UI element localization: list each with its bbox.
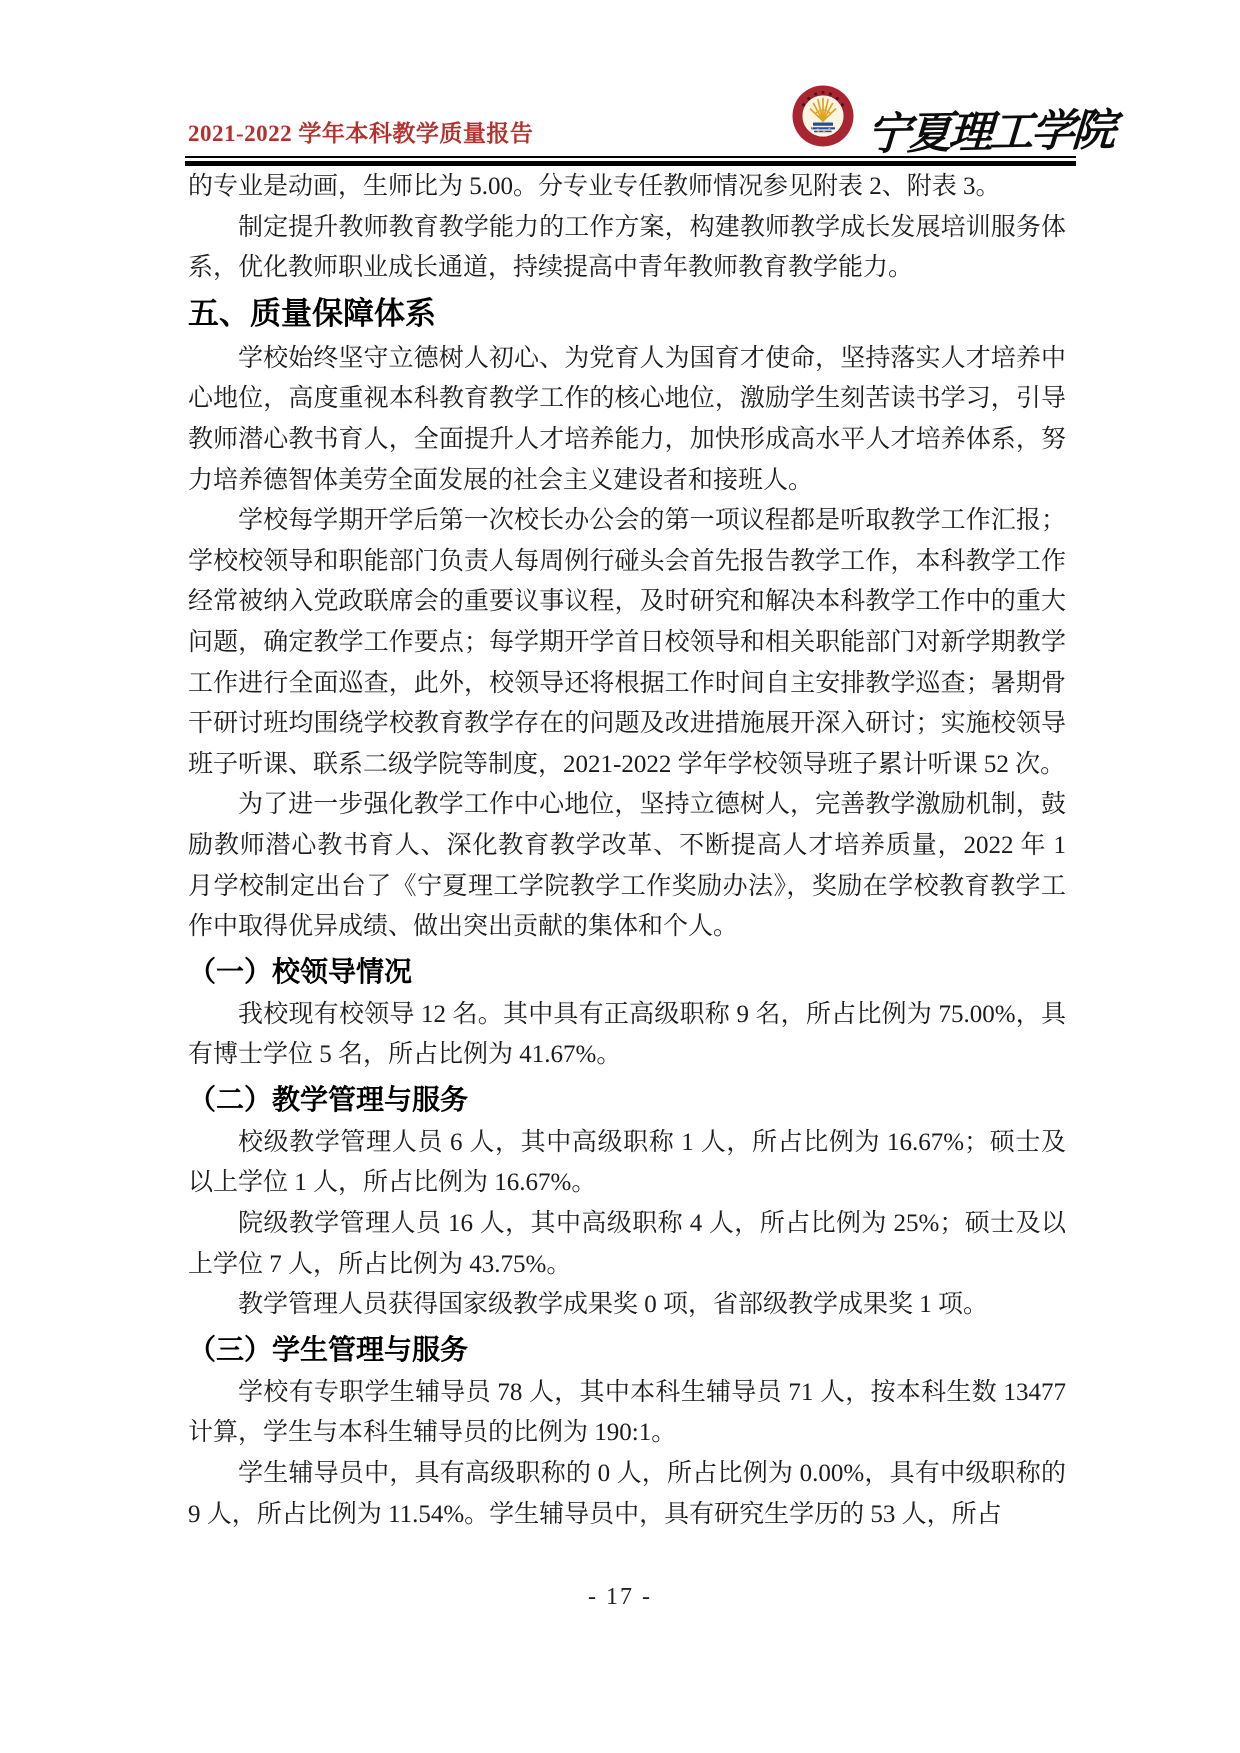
body-paragraph: 学生辅导员中，具有高级职称的 0 人，所占比例为 0.00%，具有中级职称的 9…: [188, 1454, 1066, 1535]
document-page: 2021-2022 学年本科教学质量报告: [0, 0, 1240, 1753]
school-seal-icon: 1985: [791, 84, 855, 148]
report-title: 2021-2022 学年本科教学质量报告: [188, 121, 533, 146]
subsection-heading: （一）校领导情况: [188, 949, 1066, 994]
body-paragraph: 学校有专职学生辅导员 78 人，其中本科生辅导员 71 人，按本科生数 1347…: [188, 1373, 1066, 1454]
body-paragraph: 学校始终坚守立德树人初心、为党育人为国育才使命，坚持落实人才培养中心地位，高度重…: [188, 339, 1066, 501]
body-paragraph: 制定提升教师教育教学能力的工作方案，构建教师教学成长发展培训服务体系，优化教师职…: [188, 208, 1066, 289]
body-paragraph: 的专业是动画，生师比为 5.00。分专业专任教师情况参见附表 2、附表 3。: [188, 167, 1066, 208]
body-paragraph: 为了进一步强化教学工作中心地位，坚持立德树人，完善教学激励机制，鼓励教师潜心教书…: [188, 785, 1066, 947]
body-paragraph: 学校每学期开学后第一次校长办公会的第一项议程都是听取教学工作汇报；学校校领导和职…: [188, 501, 1066, 785]
body-paragraph: 院级教学管理人员 16 人，其中高级职称 4 人，所占比例为 25%；硕士及以上…: [188, 1204, 1066, 1285]
subsection-heading: （二）教学管理与服务: [188, 1077, 1066, 1122]
subsection-heading: （三）学生管理与服务: [188, 1327, 1066, 1372]
school-brand: 1985 宁夏理工学院: [791, 84, 1111, 154]
body-paragraph: 我校现有校领导 12 名。其中具有正高级职称 9 名，所占比例为 75.00%，…: [188, 995, 1066, 1076]
body-paragraph: 校级教学管理人员 6 人，其中高级职称 1 人，所占比例为 16.67%；硕士及…: [188, 1123, 1066, 1204]
header-rule-thin: [185, 156, 1076, 158]
page-number: - 17 -: [588, 1584, 652, 1610]
body-paragraph: 教学管理人员获得国家级教学成果奖 0 项，省部级教学成果奖 1 项。: [188, 1285, 1066, 1326]
school-name-calligraphy: 宁夏理工学院: [865, 94, 1115, 162]
header-rule-thick: [185, 161, 1076, 166]
section-heading: 五、质量保障体系: [188, 291, 1066, 337]
document-body: 的专业是动画，生师比为 5.00。分专业专任教师情况参见附表 2、附表 3。制定…: [188, 167, 1066, 1535]
page-footer: - 17 -: [0, 1584, 1240, 1611]
